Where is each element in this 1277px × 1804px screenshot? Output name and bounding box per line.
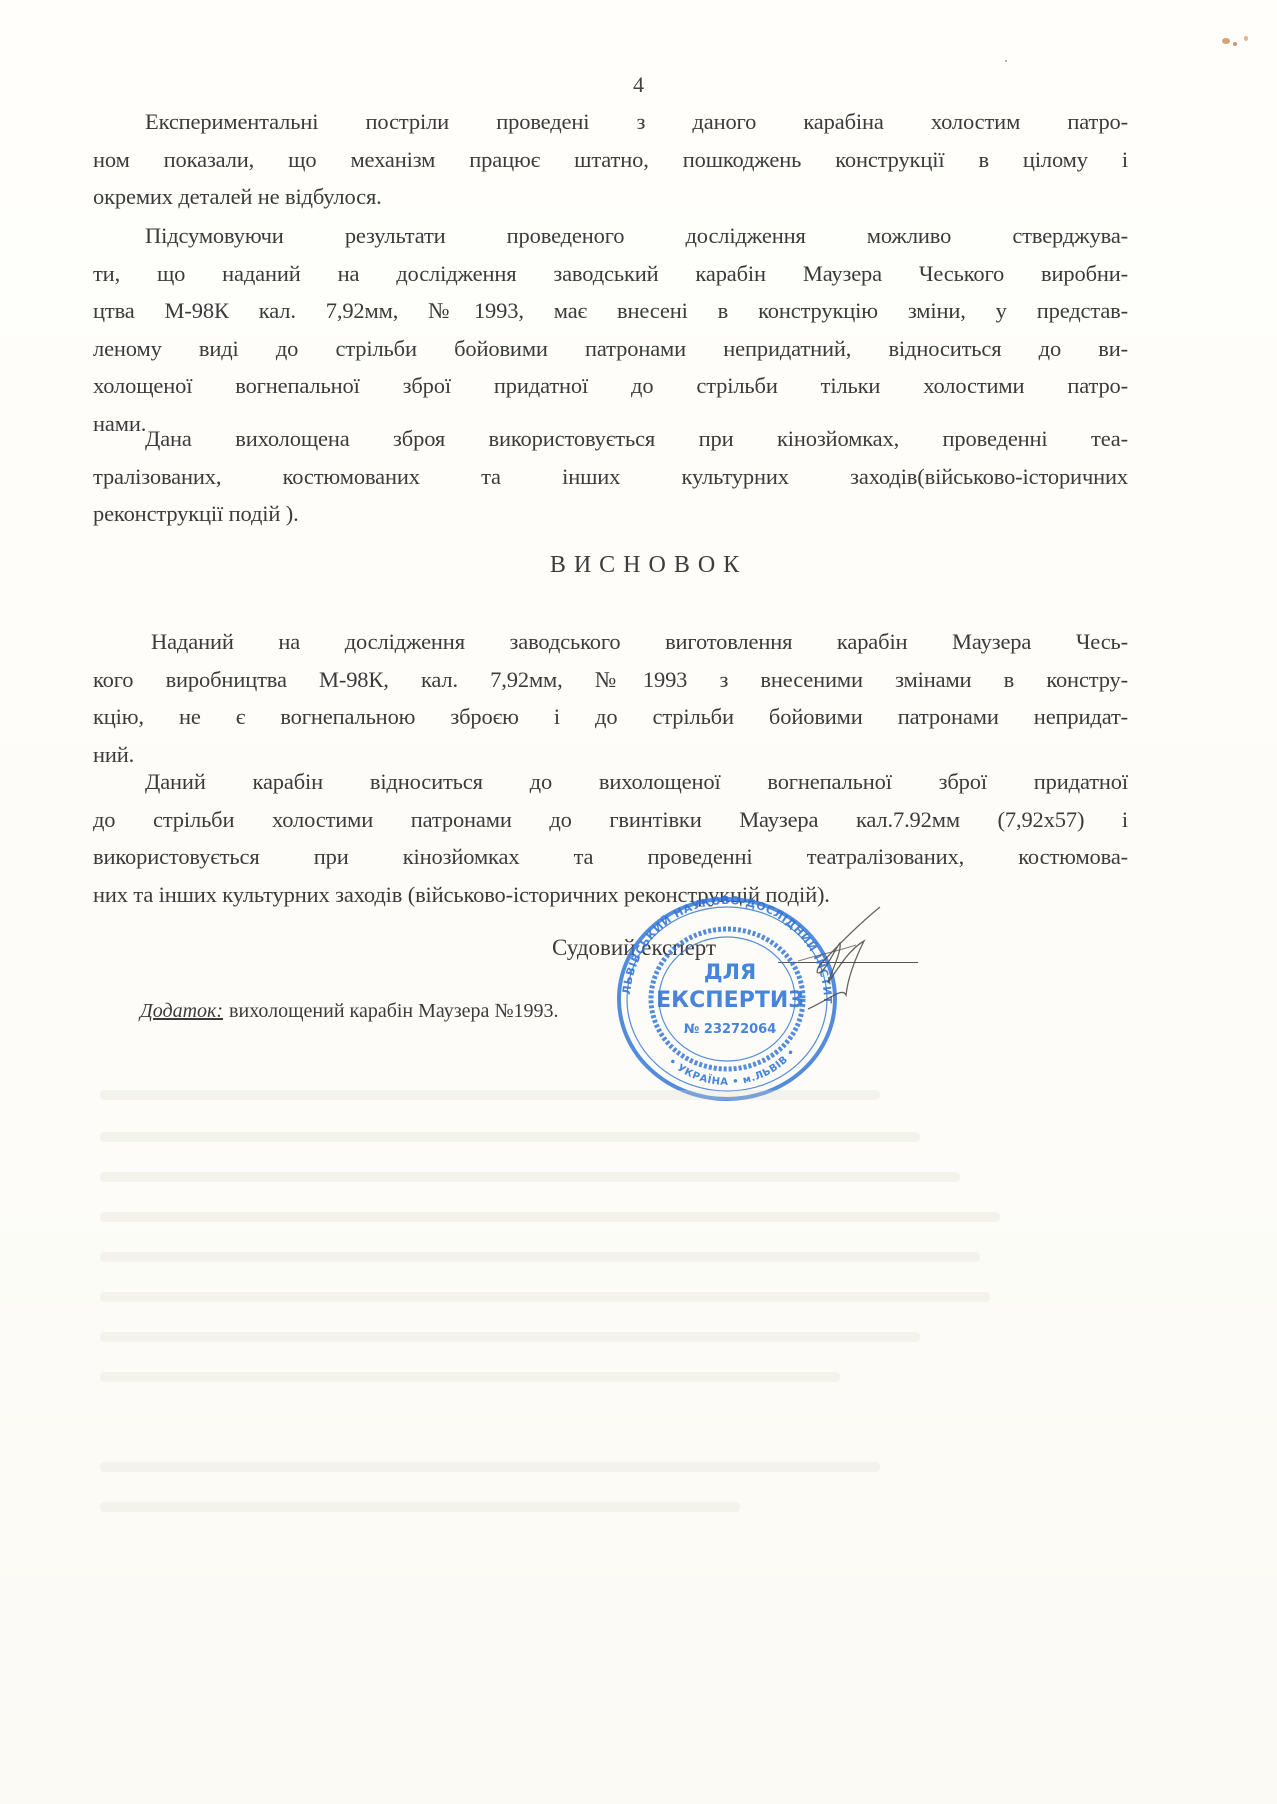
show-through-line [100, 1172, 960, 1182]
paragraph-usage: Дана вихолощена зброя використовується п… [93, 420, 1128, 533]
stamp-code: № 23272064 [684, 1022, 777, 1037]
stain-mark [1222, 38, 1230, 44]
text-line: холощеної вогнепальної зброї придатної д… [93, 367, 1128, 405]
appendix-text: вихолощений карабін Маузера №1993. [229, 1000, 558, 1022]
text-line: ти, що наданий на дослідження заводський… [93, 255, 1128, 293]
text-line: Наданий на дослідження заводського вигот… [93, 623, 1128, 661]
text-line: тралізованих, костюмованих та інших куль… [93, 458, 1128, 496]
appendix-note: Додаток:вихолощений карабін Маузера №199… [140, 1000, 559, 1023]
text-line: використовується при кінозйомках та пров… [93, 838, 1128, 876]
text-line: кого виробництва М-98К, кал. 7,92мм, №19… [93, 661, 1128, 699]
text-line: Даний карабін відноситься до вихолощеної… [93, 763, 1128, 801]
text-line: цтва М-98К кал. 7,92мм, №1993, має внесе… [93, 292, 1128, 330]
document-page: 4 Експериментальні постріли проведені з … [0, 0, 1277, 1804]
show-through-line [100, 1292, 990, 1302]
show-through-line [100, 1462, 880, 1472]
appendix-label: Додаток: [140, 1000, 223, 1022]
show-through-line [100, 1332, 920, 1342]
show-through-line [100, 1212, 1000, 1222]
text-line: Дана вихолощена зброя використовується п… [93, 420, 1128, 458]
paragraph-conclusion-2: Даний карабін відноситься до вихолощеної… [93, 763, 1128, 913]
text-line: кцію, не є вогнепальною зброєю і до стрі… [93, 698, 1128, 736]
stain-mark [1005, 60, 1007, 62]
signature-scribble [768, 905, 918, 1015]
show-through-line [100, 1252, 980, 1262]
show-through-line [100, 1090, 880, 1100]
paragraph-summary: Підсумовуючи результати проведеного досл… [93, 217, 1128, 442]
stain-mark [1244, 36, 1248, 41]
text-line: Експериментальні постріли проведені з да… [93, 103, 1128, 141]
text-line: до стрільби холостими патронами до гвинт… [93, 801, 1128, 839]
stamp-center-1: ДЛЯ [704, 960, 756, 984]
text-line: леному виді до стрільби бойовими патрона… [93, 330, 1128, 368]
text-line: ном показали, що механізм працює штатно,… [93, 141, 1128, 179]
text-line: Підсумовуючи результати проведеного досл… [93, 217, 1128, 255]
paragraph-conclusion-1: Наданий на дослідження заводського вигот… [93, 623, 1128, 773]
show-through-line [100, 1372, 840, 1382]
page-number: 4 [0, 72, 1277, 98]
conclusion-heading: ВИСНОВОК [0, 552, 1277, 579]
show-through-line [100, 1502, 740, 1512]
show-through-line [100, 1132, 920, 1142]
paragraph-experimental-shots: Експериментальні постріли проведені з да… [93, 103, 1128, 216]
text-line: реконструкції подій ). [93, 495, 1128, 533]
stain-mark [1233, 42, 1237, 46]
text-line: окремих деталей не відбулося. [93, 178, 1128, 216]
